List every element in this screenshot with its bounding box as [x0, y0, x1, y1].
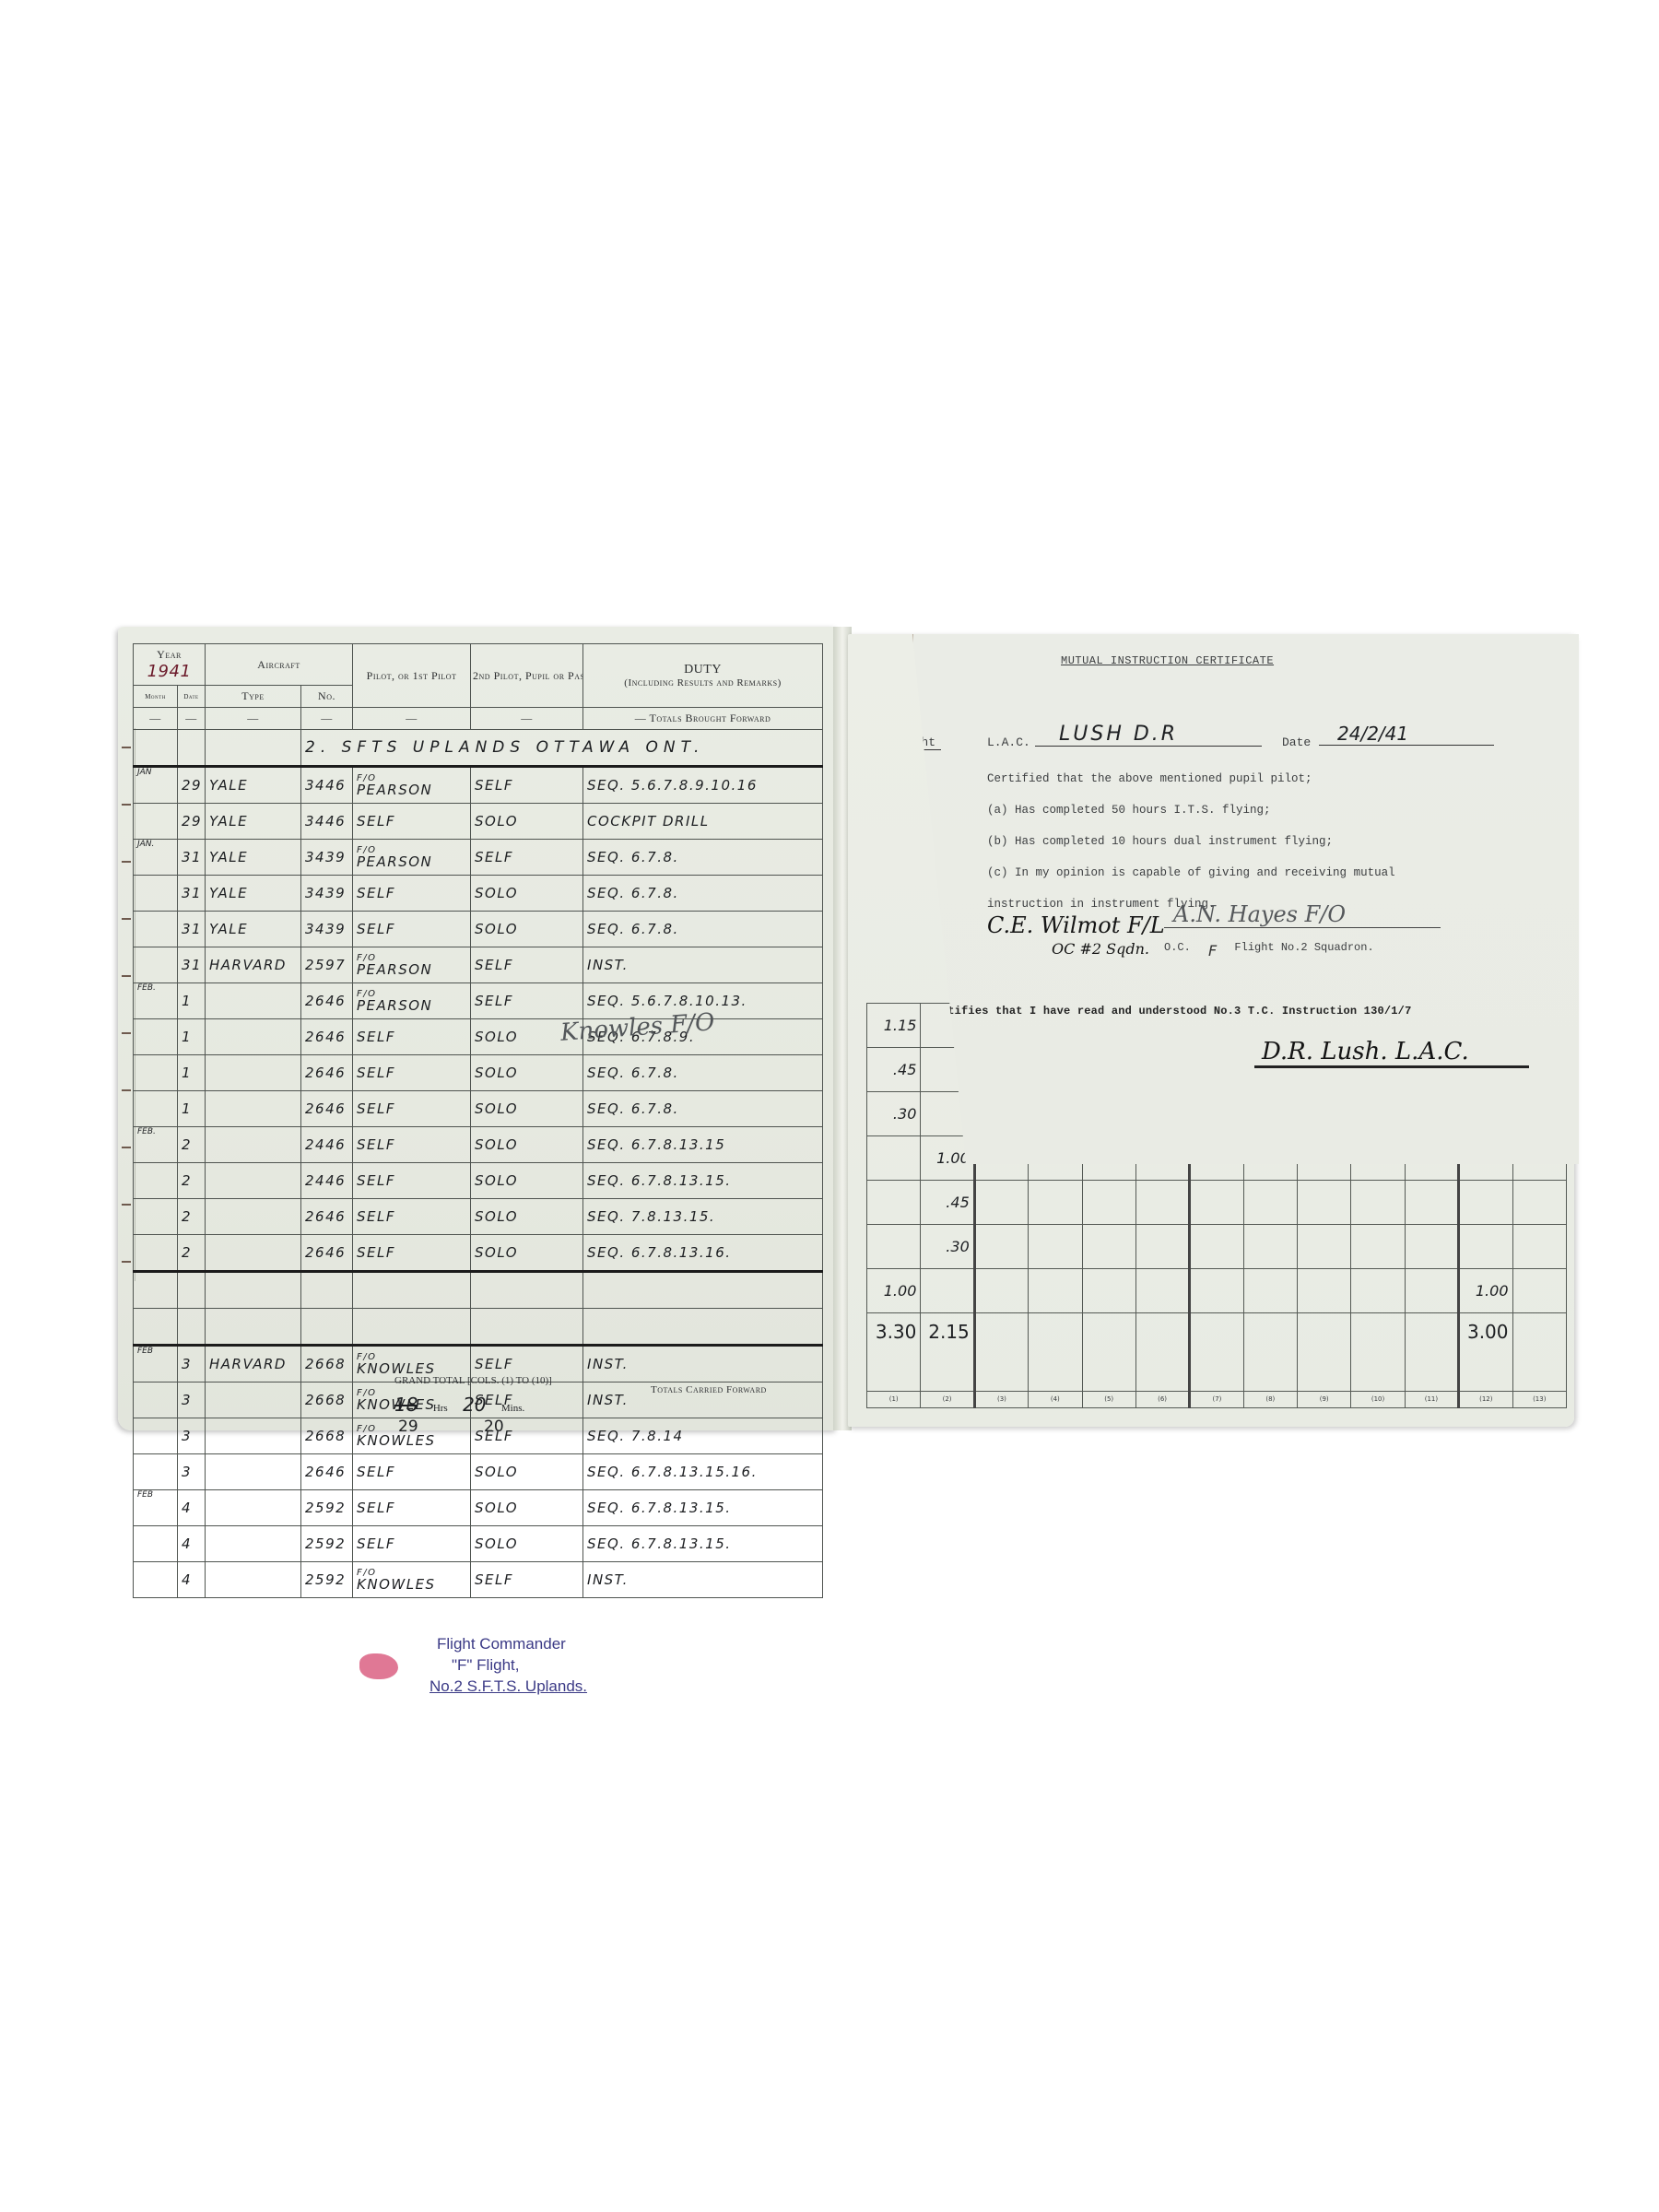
log-row: 22646SELFSOLOSEQ. 7.8.13.15. — [134, 1199, 823, 1235]
grid-cell — [1029, 1268, 1082, 1312]
grid-cell — [1135, 1180, 1189, 1224]
type-cell — [206, 1418, 301, 1454]
grid-cell: 2.15 — [921, 1312, 974, 1391]
grid-cell — [974, 1180, 1028, 1224]
grid-cell — [974, 1268, 1028, 1312]
log-row: 42592F/OKNOWLESSELFINST. — [134, 1562, 823, 1598]
aircraft-no-cell: 2446 — [301, 1163, 353, 1199]
type-cell — [206, 1055, 301, 1091]
second-pilot-cell: SOLO — [471, 1490, 583, 1526]
grid-cell — [1298, 1268, 1351, 1312]
pilot-cell: SELF — [353, 1199, 471, 1235]
grid-cell — [1082, 1224, 1135, 1268]
type-cell — [206, 1562, 301, 1598]
duty-cell: SEQ. 6.7.8.13.15 — [583, 1127, 823, 1163]
grid-cell — [1405, 1180, 1458, 1224]
log-row: 12646SELFSOLOSEQ. 6.7.8. — [134, 1055, 823, 1091]
second-pilot-cell: SELF — [471, 840, 583, 876]
certificate-item-a: (a) Has completed 50 hours I.T.S. flying… — [987, 804, 1271, 817]
pilot-cell: F/OKNOWLES — [353, 1562, 471, 1598]
grid-cell — [1190, 1180, 1243, 1224]
log-row: 12646SELFSOLOSEQ. 6.7.8. — [134, 1091, 823, 1127]
month-cell — [134, 1091, 178, 1127]
second-pilot-cell: SELF — [471, 983, 583, 1019]
grid-cell: .30 — [921, 1224, 974, 1268]
month-cell — [134, 947, 178, 983]
aircraft-no-cell: 2668 — [301, 1346, 353, 1382]
second-pilot-cell: SELF — [471, 767, 583, 804]
type-cell — [206, 1454, 301, 1490]
date-cell: 31 — [178, 912, 206, 947]
oc-flight-line: O.C. F Flight No.2 Squadron. — [1164, 936, 1374, 954]
date-cell: 2 — [178, 1163, 206, 1199]
date-label: Date — [1282, 735, 1311, 749]
date-cell: 31 — [178, 947, 206, 983]
grid-cell — [1243, 1224, 1297, 1268]
no-header: No. — [301, 686, 353, 708]
grid-cell — [1029, 1224, 1082, 1268]
lac-label: L.A.C. — [987, 735, 1030, 749]
grid-cell — [1298, 1312, 1351, 1391]
month-cell: FEB — [134, 1346, 178, 1382]
grid-cell: 1.00 — [867, 1268, 921, 1312]
date-cell: 3 — [178, 1418, 206, 1454]
aircraft-no-cell: 2446 — [301, 1127, 353, 1163]
aircraft-no-cell: 3439 — [301, 840, 353, 876]
aircraft-no-cell: 2592 — [301, 1562, 353, 1598]
grid-cell — [1459, 1180, 1512, 1224]
type-cell: YALE — [206, 767, 301, 804]
pilot-cell: SELF — [353, 1019, 471, 1055]
date-cell: 31 — [178, 876, 206, 912]
log-row: JAN29YALE3446F/OPEARSONSELFSEQ. 5.6.7.8.… — [134, 767, 823, 804]
type-cell — [206, 1490, 301, 1526]
second-pilot-cell: SOLO — [471, 1055, 583, 1091]
log-row: FEB42592SELFSOLOSEQ. 6.7.8.13.15. — [134, 1490, 823, 1526]
pilot-cell: SELF — [353, 1055, 471, 1091]
duty-cell: INST. — [583, 1562, 823, 1598]
aircraft-no-cell: 2646 — [301, 983, 353, 1019]
pilot-cell: SELF — [353, 1454, 471, 1490]
grid-cell — [1512, 1224, 1567, 1268]
grid-cell — [1029, 1180, 1082, 1224]
month-cell — [134, 876, 178, 912]
pilot-cell: F/OPEARSON — [353, 983, 471, 1019]
aircraft-no-cell: 2646 — [301, 1235, 353, 1272]
stamp-row — [134, 1272, 823, 1309]
type-cell: YALE — [206, 804, 301, 840]
grid-cell: (3) — [974, 1391, 1028, 1407]
aircraft-header: Aircraft — [206, 644, 353, 686]
flight-commander-stamp: Flight Commander "F" Flight, No.2 S.F.T.… — [422, 1633, 717, 1697]
aircraft-no-cell: 2597 — [301, 947, 353, 983]
year-header: Year 1941 — [134, 644, 206, 686]
month-cell: JAN. — [134, 840, 178, 876]
date-cell: 29 — [178, 804, 206, 840]
grid-cell: (1) — [867, 1391, 921, 1407]
second-pilot-header: 2nd Pilot, Pupil or Passenger — [471, 644, 583, 708]
date-cell: 4 — [178, 1490, 206, 1526]
date-cell: 3 — [178, 1346, 206, 1382]
month-cell — [134, 912, 178, 947]
aircraft-no-cell: 2592 — [301, 1490, 353, 1526]
type-cell — [206, 1199, 301, 1235]
type-cell: YALE — [206, 912, 301, 947]
date-cell: 1 — [178, 1091, 206, 1127]
aircraft-no-cell: 3446 — [301, 767, 353, 804]
grid-cell: (12) — [1459, 1391, 1512, 1407]
grid-cell — [1190, 1268, 1243, 1312]
pilot-header: Pilot, or 1st Pilot — [353, 644, 471, 708]
grid-cell — [1135, 1268, 1189, 1312]
totals-brought-forward: — Totals Brought Forward — [583, 708, 823, 730]
month-cell — [134, 1163, 178, 1199]
grid-row: 3.302.153.00 — [867, 1312, 1567, 1391]
duty-cell: SEQ. 5.6.7.8.9.10.16 — [583, 767, 823, 804]
log-row: 29YALE3446SELFSOLOCOCKPIT DRILL — [134, 804, 823, 840]
month-cell — [134, 1454, 178, 1490]
log-row: 32646SELFSOLOSEQ. 6.7.8.13.15.16. — [134, 1454, 823, 1490]
stamp-row — [134, 1309, 823, 1346]
log-row: 31YALE3439SELFSOLOSEQ. 6.7.8. — [134, 912, 823, 947]
second-pilot-cell: SOLO — [471, 1127, 583, 1163]
grid-cell — [1405, 1312, 1458, 1391]
grid-cell — [1459, 1224, 1512, 1268]
station-entry-row: 2. SFTS UPLANDS OTTAWA ONT. — [134, 730, 823, 767]
date-cell: 4 — [178, 1526, 206, 1562]
grid-cell — [974, 1312, 1028, 1391]
second-pilot-cell: SOLO — [471, 1163, 583, 1199]
grid-cell — [1029, 1312, 1082, 1391]
date-cell: 3 — [178, 1382, 206, 1418]
totals-carried-forward: Totals Carried Forward — [651, 1384, 767, 1395]
duty-cell: SEQ. 6.7.8. — [583, 840, 823, 876]
second-pilot-cell: SOLO — [471, 1526, 583, 1562]
grid-cell — [867, 1135, 921, 1180]
pilot-cell: SELF — [353, 1526, 471, 1562]
log-row: 22646SELFSOLOSEQ. 6.7.8.13.16. — [134, 1235, 823, 1272]
type-cell — [206, 1382, 301, 1418]
pilot-cell: SELF — [353, 804, 471, 840]
log-row: 42592SELFSOLOSEQ. 6.7.8.13.15. — [134, 1526, 823, 1562]
grid-cell — [1351, 1268, 1405, 1312]
date-cell: 1 — [178, 1019, 206, 1055]
pilot-cell: F/OPEARSON — [353, 947, 471, 983]
grid-cell: (11) — [1405, 1391, 1458, 1407]
grid-cell — [1243, 1268, 1297, 1312]
date-cell: 29 — [178, 767, 206, 804]
date-cell: 2 — [178, 1199, 206, 1235]
grid-cell: (10) — [1351, 1391, 1405, 1407]
pilot-cell: SELF — [353, 912, 471, 947]
grid-cell: 1.00 — [1459, 1268, 1512, 1312]
duty-cell: SEQ. 7.8.14 — [583, 1418, 823, 1454]
grid-row: .45 — [867, 1180, 1567, 1224]
grid-cell — [1405, 1224, 1458, 1268]
grid-cell — [1135, 1224, 1189, 1268]
grid-cell: (4) — [1029, 1391, 1082, 1407]
pupil-signature: D.R. Lush. L.A.C. — [1254, 1038, 1529, 1068]
certificate-intro: Certified that the above mentioned pupil… — [987, 772, 1312, 785]
date-cell: 31 — [178, 840, 206, 876]
grid-cell — [1135, 1312, 1189, 1391]
grid-cell: .30 — [867, 1091, 921, 1135]
grid-cell: (2) — [921, 1391, 974, 1407]
grid-cell — [1405, 1268, 1458, 1312]
type-cell — [206, 1526, 301, 1562]
second-pilot-cell: SOLO — [471, 804, 583, 840]
log-row: FEB.12646F/OPEARSONSELFSEQ. 5.6.7.8.10.1… — [134, 983, 823, 1019]
type-cell — [206, 1019, 301, 1055]
pilot-cell: F/OPEARSON — [353, 840, 471, 876]
date-cell: 2 — [178, 1235, 206, 1272]
grid-cell — [1298, 1224, 1351, 1268]
aircraft-no-cell: 2668 — [301, 1382, 353, 1418]
wilmot-signature: C.E. Wilmot F/L — [987, 912, 1165, 938]
dash: — — [178, 708, 206, 730]
month-cell — [134, 1199, 178, 1235]
grid-cell — [1082, 1180, 1135, 1224]
aircraft-no-cell: 2668 — [301, 1418, 353, 1454]
grid-cell: (13) — [1512, 1391, 1567, 1407]
grid-cell — [1243, 1312, 1297, 1391]
grid-cell — [1351, 1180, 1405, 1224]
grid-cell — [1190, 1312, 1243, 1391]
grid-row: 1.001.00 — [867, 1268, 1567, 1312]
duty-cell: SEQ. 6.7.8. — [583, 912, 823, 947]
grid-cell: (6) — [1135, 1391, 1189, 1407]
type-cell — [206, 983, 301, 1019]
type-header: Type — [206, 686, 301, 708]
duty-cell: SEQ. 6.7.8.13.15. — [583, 1526, 823, 1562]
type-cell — [206, 1163, 301, 1199]
grid-cell — [1512, 1312, 1567, 1391]
duty-cell: SEQ. 6.7.8. — [583, 1055, 823, 1091]
grid-cell: (9) — [1298, 1391, 1351, 1407]
second-pilot-cell: SELF — [471, 1562, 583, 1598]
second-pilot-cell: SOLO — [471, 876, 583, 912]
date-cell: 3 — [178, 1454, 206, 1490]
left-page: Year 1941 Aircraft Pilot, or 1st Pilot 2… — [118, 627, 837, 1430]
pilot-cell: SELF — [353, 1091, 471, 1127]
dash: — — [206, 708, 301, 730]
dash: — — [134, 708, 178, 730]
oc-signature: A.N. Hayes F/O — [1164, 901, 1441, 928]
pilot-cell: F/OPEARSON — [353, 767, 471, 804]
month-cell: JAN — [134, 767, 178, 804]
grid-cell — [1351, 1224, 1405, 1268]
pilot-cell: SELF — [353, 876, 471, 912]
grid-cell: .45 — [867, 1047, 921, 1091]
lac-name-field: LUSH D.R — [1035, 723, 1262, 747]
log-row: 12646SELFSOLOSEQ. 6.7.8.9. — [134, 1019, 823, 1055]
month-cell — [134, 1418, 178, 1454]
grand-total-label: GRAND TOTAL [Cols. (1) to (10)] — [394, 1375, 552, 1386]
pilot-cell: SELF — [353, 1163, 471, 1199]
duty-cell: SEQ. 6.7.8.13.16. — [583, 1235, 823, 1272]
date-field: 24/2/41 — [1319, 723, 1494, 746]
right-page: 1.151.15.45.45.301.00.45.301.001.003.302… — [848, 634, 1574, 1427]
month-cell — [134, 1382, 178, 1418]
pilot-cell: SELF — [353, 1235, 471, 1272]
grid-cell — [867, 1224, 921, 1268]
grid-row: (1)(2)(3)(4)(5)(6)(7)(8)(9)(10)(11)(12)(… — [867, 1391, 1567, 1407]
dash: — — [301, 708, 353, 730]
second-pilot-cell: SOLO — [471, 912, 583, 947]
month-cell: FEB. — [134, 1127, 178, 1163]
grid-cell — [921, 1268, 974, 1312]
grid-cell — [1082, 1312, 1135, 1391]
duty-cell: SEQ. 6.7.8.13.15.16. — [583, 1454, 823, 1490]
grid-cell: 3.00 — [1459, 1312, 1512, 1391]
aircraft-no-cell: 2646 — [301, 1454, 353, 1490]
grid-cell — [867, 1180, 921, 1224]
log-row: FEB.22446SELFSOLOSEQ. 6.7.8.13.15 — [134, 1127, 823, 1163]
month-cell: FEB. — [134, 983, 178, 1019]
grid-row: .30 — [867, 1224, 1567, 1268]
grid-cell: .45 — [921, 1180, 974, 1224]
aircraft-no-cell: 2646 — [301, 1055, 353, 1091]
flight-label: "F" Flight — [864, 735, 941, 750]
type-cell: YALE — [206, 840, 301, 876]
station-entry: 2. SFTS UPLANDS OTTAWA ONT. — [301, 730, 823, 767]
grid-cell: 1.15 — [867, 1004, 921, 1048]
date-cell: 1 — [178, 983, 206, 1019]
second-pilot-cell: SOLO — [471, 1235, 583, 1272]
grid-cell — [1243, 1180, 1297, 1224]
grid-cell — [1298, 1180, 1351, 1224]
aircraft-no-cell: 2646 — [301, 1199, 353, 1235]
month-cell — [134, 1562, 178, 1598]
second-pilot-cell: SOLO — [471, 1454, 583, 1490]
red-ink-stain — [359, 1653, 398, 1679]
open-logbook: Year 1941 Aircraft Pilot, or 1st Pilot 2… — [118, 627, 1576, 1438]
wilmot-title: OC #2 Sqdn. — [1052, 940, 1149, 958]
duty-cell: SEQ. 6.7.8. — [583, 876, 823, 912]
duty-cell: SEQ. 6.7.8.13.15. — [583, 1163, 823, 1199]
grid-cell: (5) — [1082, 1391, 1135, 1407]
second-pilot-cell: SOLO — [471, 1091, 583, 1127]
month-cell: FEB — [134, 1490, 178, 1526]
dash: — — [471, 708, 583, 730]
log-row: 31HARVARD2597F/OPEARSONSELFINST. — [134, 947, 823, 983]
aircraft-no-cell: 3439 — [301, 876, 353, 912]
month-cell — [134, 1019, 178, 1055]
certificate-item-b: (b) Has completed 10 hours dual instrume… — [987, 835, 1333, 848]
grand-total-hours: 18 Hrs 20 Mins. — [394, 1394, 534, 1416]
log-row: 31YALE3439SELFSOLOSEQ. 6.7.8. — [134, 876, 823, 912]
grid-cell — [1351, 1312, 1405, 1391]
duty-header: DUTY (Including Results and Remarks) — [583, 644, 823, 708]
month-cell — [134, 1055, 178, 1091]
month-header: Month — [134, 686, 178, 708]
duty-cell: INST. — [583, 947, 823, 983]
aircraft-no-cell: 3439 — [301, 912, 353, 947]
duty-cell: INST. — [583, 1346, 823, 1382]
duty-cell: SEQ. 7.8.13.15. — [583, 1199, 823, 1235]
grid-cell: (7) — [1190, 1391, 1243, 1407]
grid-cell — [1512, 1268, 1567, 1312]
grid-cell — [1082, 1268, 1135, 1312]
year-value: 1941 — [147, 662, 192, 681]
date-header: Date — [178, 686, 206, 708]
second-pilot-cell: SOLO — [471, 1199, 583, 1235]
grid-cell — [1190, 1224, 1243, 1268]
aircraft-no-cell: 2646 — [301, 1019, 353, 1055]
second-pilot-cell: SELF — [471, 947, 583, 983]
aircraft-no-cell: 2592 — [301, 1526, 353, 1562]
grid-cell — [974, 1224, 1028, 1268]
pilot-cell: SELF — [353, 1127, 471, 1163]
grid-cell: 3.30 — [867, 1312, 921, 1391]
log-row: JAN.31YALE3439F/OPEARSONSELFSEQ. 6.7.8. — [134, 840, 823, 876]
certifies-statement: This certifies that I have read and unde… — [893, 1005, 1412, 1018]
pilot-cell: SELF — [353, 1490, 471, 1526]
date-cell: 2 — [178, 1127, 206, 1163]
type-cell — [206, 1091, 301, 1127]
certificate-item-c: (c) In my opinion is capable of giving a… — [987, 866, 1395, 879]
month-cell — [134, 1526, 178, 1562]
duty-cell: SEQ. 6.7.8.13.15. — [583, 1490, 823, 1526]
flight-log-table: Year 1941 Aircraft Pilot, or 1st Pilot 2… — [133, 643, 823, 1598]
duty-cell: SEQ. 6.7.8. — [583, 1091, 823, 1127]
month-cell — [134, 804, 178, 840]
type-cell: HARVARD — [206, 1346, 301, 1382]
grid-cell: (8) — [1243, 1391, 1297, 1407]
aircraft-no-cell: 2646 — [301, 1091, 353, 1127]
duty-cell: COCKPIT DRILL — [583, 804, 823, 840]
dash: — — [353, 708, 471, 730]
date-cell: 1 — [178, 1055, 206, 1091]
grid-cell — [1512, 1180, 1567, 1224]
log-row: 22446SELFSOLOSEQ. 6.7.8.13.15. — [134, 1163, 823, 1199]
type-cell: HARVARD — [206, 947, 301, 983]
month-cell — [134, 1235, 178, 1272]
grand-total-corrected: 29 20 — [398, 1418, 504, 1436]
certificate-title: MUTUAL INSTRUCTION CERTIFICATE — [1061, 654, 1274, 667]
type-cell: YALE — [206, 876, 301, 912]
aircraft-no-cell: 3446 — [301, 804, 353, 840]
date-cell: 4 — [178, 1562, 206, 1598]
type-cell — [206, 1235, 301, 1272]
mutual-instruction-certificate: MUTUAL INSTRUCTION CERTIFICATE "F" Fligh… — [912, 634, 1579, 1164]
type-cell — [206, 1127, 301, 1163]
